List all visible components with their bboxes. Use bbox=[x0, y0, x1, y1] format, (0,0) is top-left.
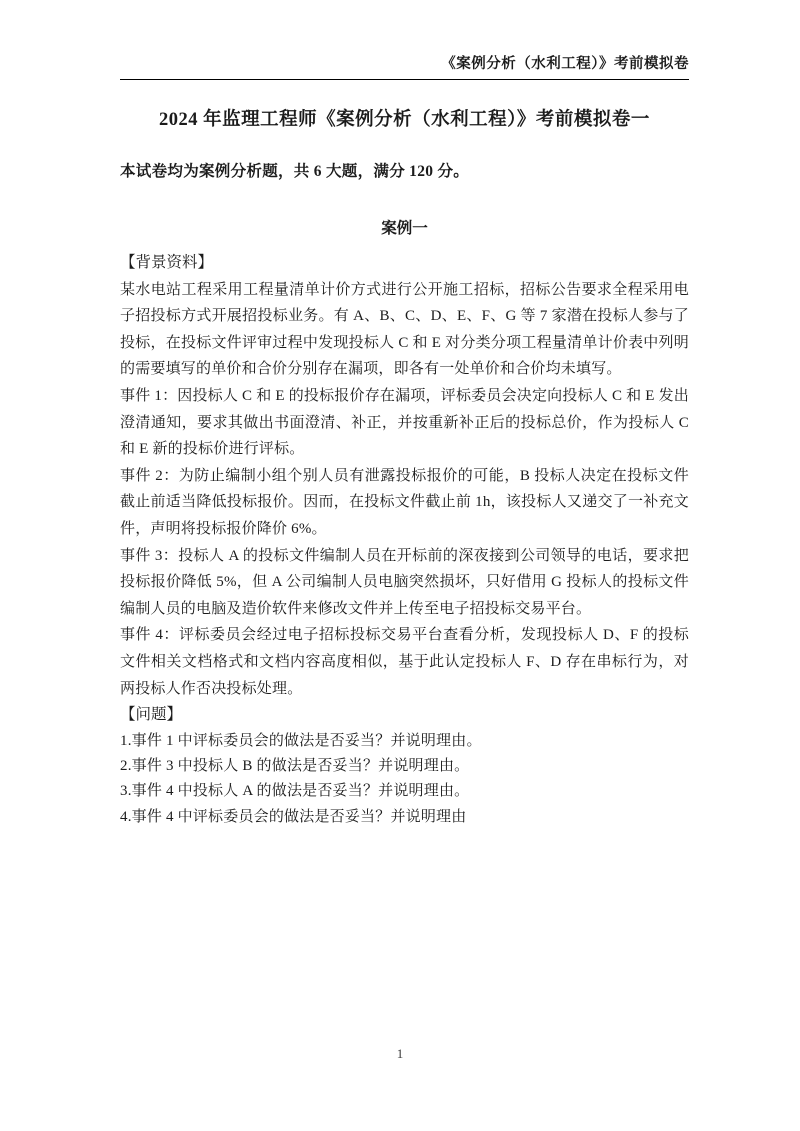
question-item-4: 4.事件 4 中评标委员会的做法是否妥当？并说明理由 bbox=[120, 805, 689, 830]
question-item-2: 2.事件 3 中投标人 B 的做法是否妥当？并说明理由。 bbox=[120, 754, 689, 779]
page-number: 1 bbox=[0, 1046, 800, 1062]
document-title: 2024 年监理工程师《案例分析（水利工程）》考前模拟卷一 bbox=[120, 105, 689, 131]
question-list: 1.事件 1 中评标委员会的做法是否妥当？并说明理由。 2.事件 3 中投标人 … bbox=[120, 729, 689, 830]
event-2-paragraph: 事件 2：为防止编制小组个别人员有泄露投标报价的可能，B 投标人决定在投标文件截… bbox=[120, 463, 689, 543]
questions-section-label: 【问题】 bbox=[120, 702, 689, 729]
question-item-3: 3.事件 4 中投标人 A 的做法是否妥当？并说明理由。 bbox=[120, 779, 689, 804]
event-4-paragraph: 事件 4：评标委员会经过电子招标投标交易平台查看分析，发现投标人 D、F 的投标… bbox=[120, 622, 689, 702]
content-column: 《案例分析（水利工程）》考前模拟卷 2024 年监理工程师《案例分析（水利工程）… bbox=[120, 0, 689, 830]
document-page: 《案例分析（水利工程）》考前模拟卷 2024 年监理工程师《案例分析（水利工程）… bbox=[0, 0, 800, 1131]
event-1-paragraph: 事件 1：因投标人 C 和 E 的投标报价存在漏项，评标委员会决定向投标人 C … bbox=[120, 383, 689, 463]
background-section-label: 【背景资料】 bbox=[120, 250, 689, 277]
case-heading: 案例一 bbox=[120, 216, 689, 238]
page-header: 《案例分析（水利工程）》考前模拟卷 bbox=[120, 0, 689, 80]
event-3-paragraph: 事件 3：投标人 A 的投标文件编制人员在开标前的深夜接到公司领导的电话，要求把… bbox=[120, 543, 689, 623]
question-item-1: 1.事件 1 中评标委员会的做法是否妥当？并说明理由。 bbox=[120, 729, 689, 754]
background-paragraph: 某水电站工程采用工程量清单计价方式进行公开施工招标，招标公告要求全程采用电子招投… bbox=[120, 277, 689, 383]
exam-intro-text: 本试卷均为案例分析题，共 6 大题，满分 120 分。 bbox=[120, 159, 689, 181]
background-text: 某水电站工程采用工程量清单计价方式进行公开施工招标，招标公告要求全程采用电子招投… bbox=[120, 277, 689, 703]
